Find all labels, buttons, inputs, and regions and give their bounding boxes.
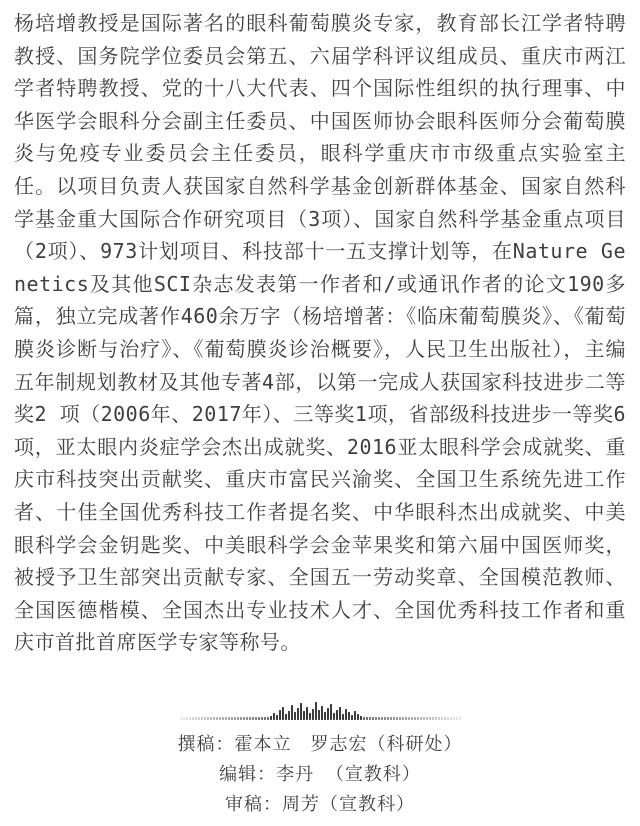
- waveform-bar: [360, 716, 362, 720]
- waveform-bar: [249, 717, 251, 720]
- waveform-bar: [231, 717, 233, 720]
- waveform-bar: [267, 717, 269, 720]
- waveform-bar: [315, 702, 317, 720]
- waveform-bar: [381, 717, 383, 720]
- waveform-bar: [414, 717, 416, 720]
- waveform-bar: [399, 717, 401, 720]
- waveform-bar: [243, 717, 245, 720]
- waveform-bar: [291, 705, 293, 720]
- waveform-bar: [279, 710, 281, 720]
- audio-waveform-divider-icon: [14, 700, 626, 720]
- waveform-bar: [270, 716, 272, 720]
- waveform-bar: [378, 717, 380, 720]
- waveform-bar: [432, 717, 434, 720]
- waveform-bar: [438, 717, 440, 720]
- waveform-bar: [327, 708, 329, 720]
- waveform-bar: [366, 717, 368, 720]
- waveform-bar: [420, 717, 422, 720]
- waveform-bar: [321, 706, 323, 720]
- waveform-bar: [303, 711, 305, 720]
- waveform-bar: [246, 717, 248, 720]
- waveform-bar: [192, 717, 194, 720]
- waveform-bar: [195, 717, 197, 720]
- waveform-bar: [324, 712, 326, 720]
- waveform-bar: [336, 710, 338, 720]
- waveform-bar: [207, 717, 209, 720]
- waveform-bar: [288, 711, 290, 720]
- waveform-bar: [213, 717, 215, 720]
- waveform-bar: [276, 715, 278, 720]
- waveform-bar: [306, 707, 308, 720]
- waveform-bar: [234, 717, 236, 720]
- waveform-bar: [387, 717, 389, 720]
- waveform-bar: [225, 717, 227, 720]
- waveform-bar: [429, 717, 431, 720]
- credit-line-reviewer: 审稿：周芳（宣教科）: [14, 790, 626, 820]
- waveform-bar: [396, 717, 398, 720]
- waveform-bar: [285, 714, 287, 720]
- waveform-bar: [210, 717, 212, 720]
- waveform-bar: [354, 711, 356, 720]
- waveform-bar: [183, 717, 185, 720]
- waveform-bar: [294, 712, 296, 720]
- waveform-bar: [390, 717, 392, 720]
- waveform-bar: [252, 717, 254, 720]
- waveform-bar: [318, 710, 320, 720]
- waveform-bar: [342, 714, 344, 720]
- waveform-bar: [369, 717, 371, 720]
- waveform-bar: [372, 717, 374, 720]
- waveform-bar: [444, 717, 446, 720]
- waveform-bar: [453, 717, 455, 720]
- waveform-bar: [459, 717, 461, 720]
- waveform-bar: [309, 713, 311, 720]
- waveform-bar: [351, 715, 353, 720]
- waveform-bar: [186, 717, 188, 720]
- credits-section: 撰稿：霍本立 罗志宏（科研处） 编辑：李丹 （宣教科） 审稿：周芳（宣教科）: [14, 730, 626, 820]
- waveform-bar: [216, 717, 218, 720]
- waveform-bar: [408, 717, 410, 720]
- waveform-bar: [339, 707, 341, 720]
- waveform-bar: [402, 717, 404, 720]
- waveform-bar: [300, 703, 302, 720]
- waveform-bar: [447, 717, 449, 720]
- waveform-bar: [204, 717, 206, 720]
- waveform-bar: [357, 714, 359, 720]
- waveform-bar: [450, 717, 452, 720]
- waveform-bar: [222, 717, 224, 720]
- credit-line-editor: 编辑：李丹 （宣教科）: [14, 760, 626, 790]
- waveform-bar: [417, 717, 419, 720]
- waveform-bar: [240, 717, 242, 720]
- waveform-bar: [333, 713, 335, 720]
- waveform-bar: [330, 704, 332, 720]
- waveform-bar: [348, 712, 350, 720]
- waveform-bar: [375, 717, 377, 720]
- waveform-bar: [228, 717, 230, 720]
- waveform-bar: [393, 717, 395, 720]
- waveform-bar: [297, 708, 299, 720]
- waveform-bar: [273, 713, 275, 720]
- waveform-bar: [363, 717, 365, 720]
- waveform-bar: [201, 717, 203, 720]
- waveform-bar: [423, 717, 425, 720]
- waveform-bar: [405, 717, 407, 720]
- waveform-bar: [384, 717, 386, 720]
- waveform-bar: [189, 717, 191, 720]
- waveform-bar: [441, 717, 443, 720]
- waveform-bar: [237, 717, 239, 720]
- waveform-bar: [456, 717, 458, 720]
- waveform-bar: [258, 717, 260, 720]
- waveform-bar: [261, 717, 263, 720]
- waveform-bar: [219, 717, 221, 720]
- waveform-bar: [255, 717, 257, 720]
- waveform-bar: [426, 717, 428, 720]
- waveform-bar: [411, 717, 413, 720]
- waveform-bar: [312, 709, 314, 720]
- waveform-bar: [435, 717, 437, 720]
- waveform-bar: [180, 717, 182, 720]
- credit-line-author: 撰稿：霍本立 罗志宏（科研处）: [14, 730, 626, 760]
- waveform-bar: [264, 717, 266, 720]
- bio-paragraph: 杨培增教授是国际著名的眼科葡萄膜炎专家，教育部长江学者特聘教授、国务院学位委员会…: [14, 7, 626, 659]
- waveform-bar: [198, 717, 200, 720]
- waveform-bar: [282, 707, 284, 720]
- article-body: 杨培增教授是国际著名的眼科葡萄膜炎专家，教育部长江学者特聘教授、国务院学位委员会…: [0, 0, 640, 820]
- waveform-bar: [345, 709, 347, 720]
